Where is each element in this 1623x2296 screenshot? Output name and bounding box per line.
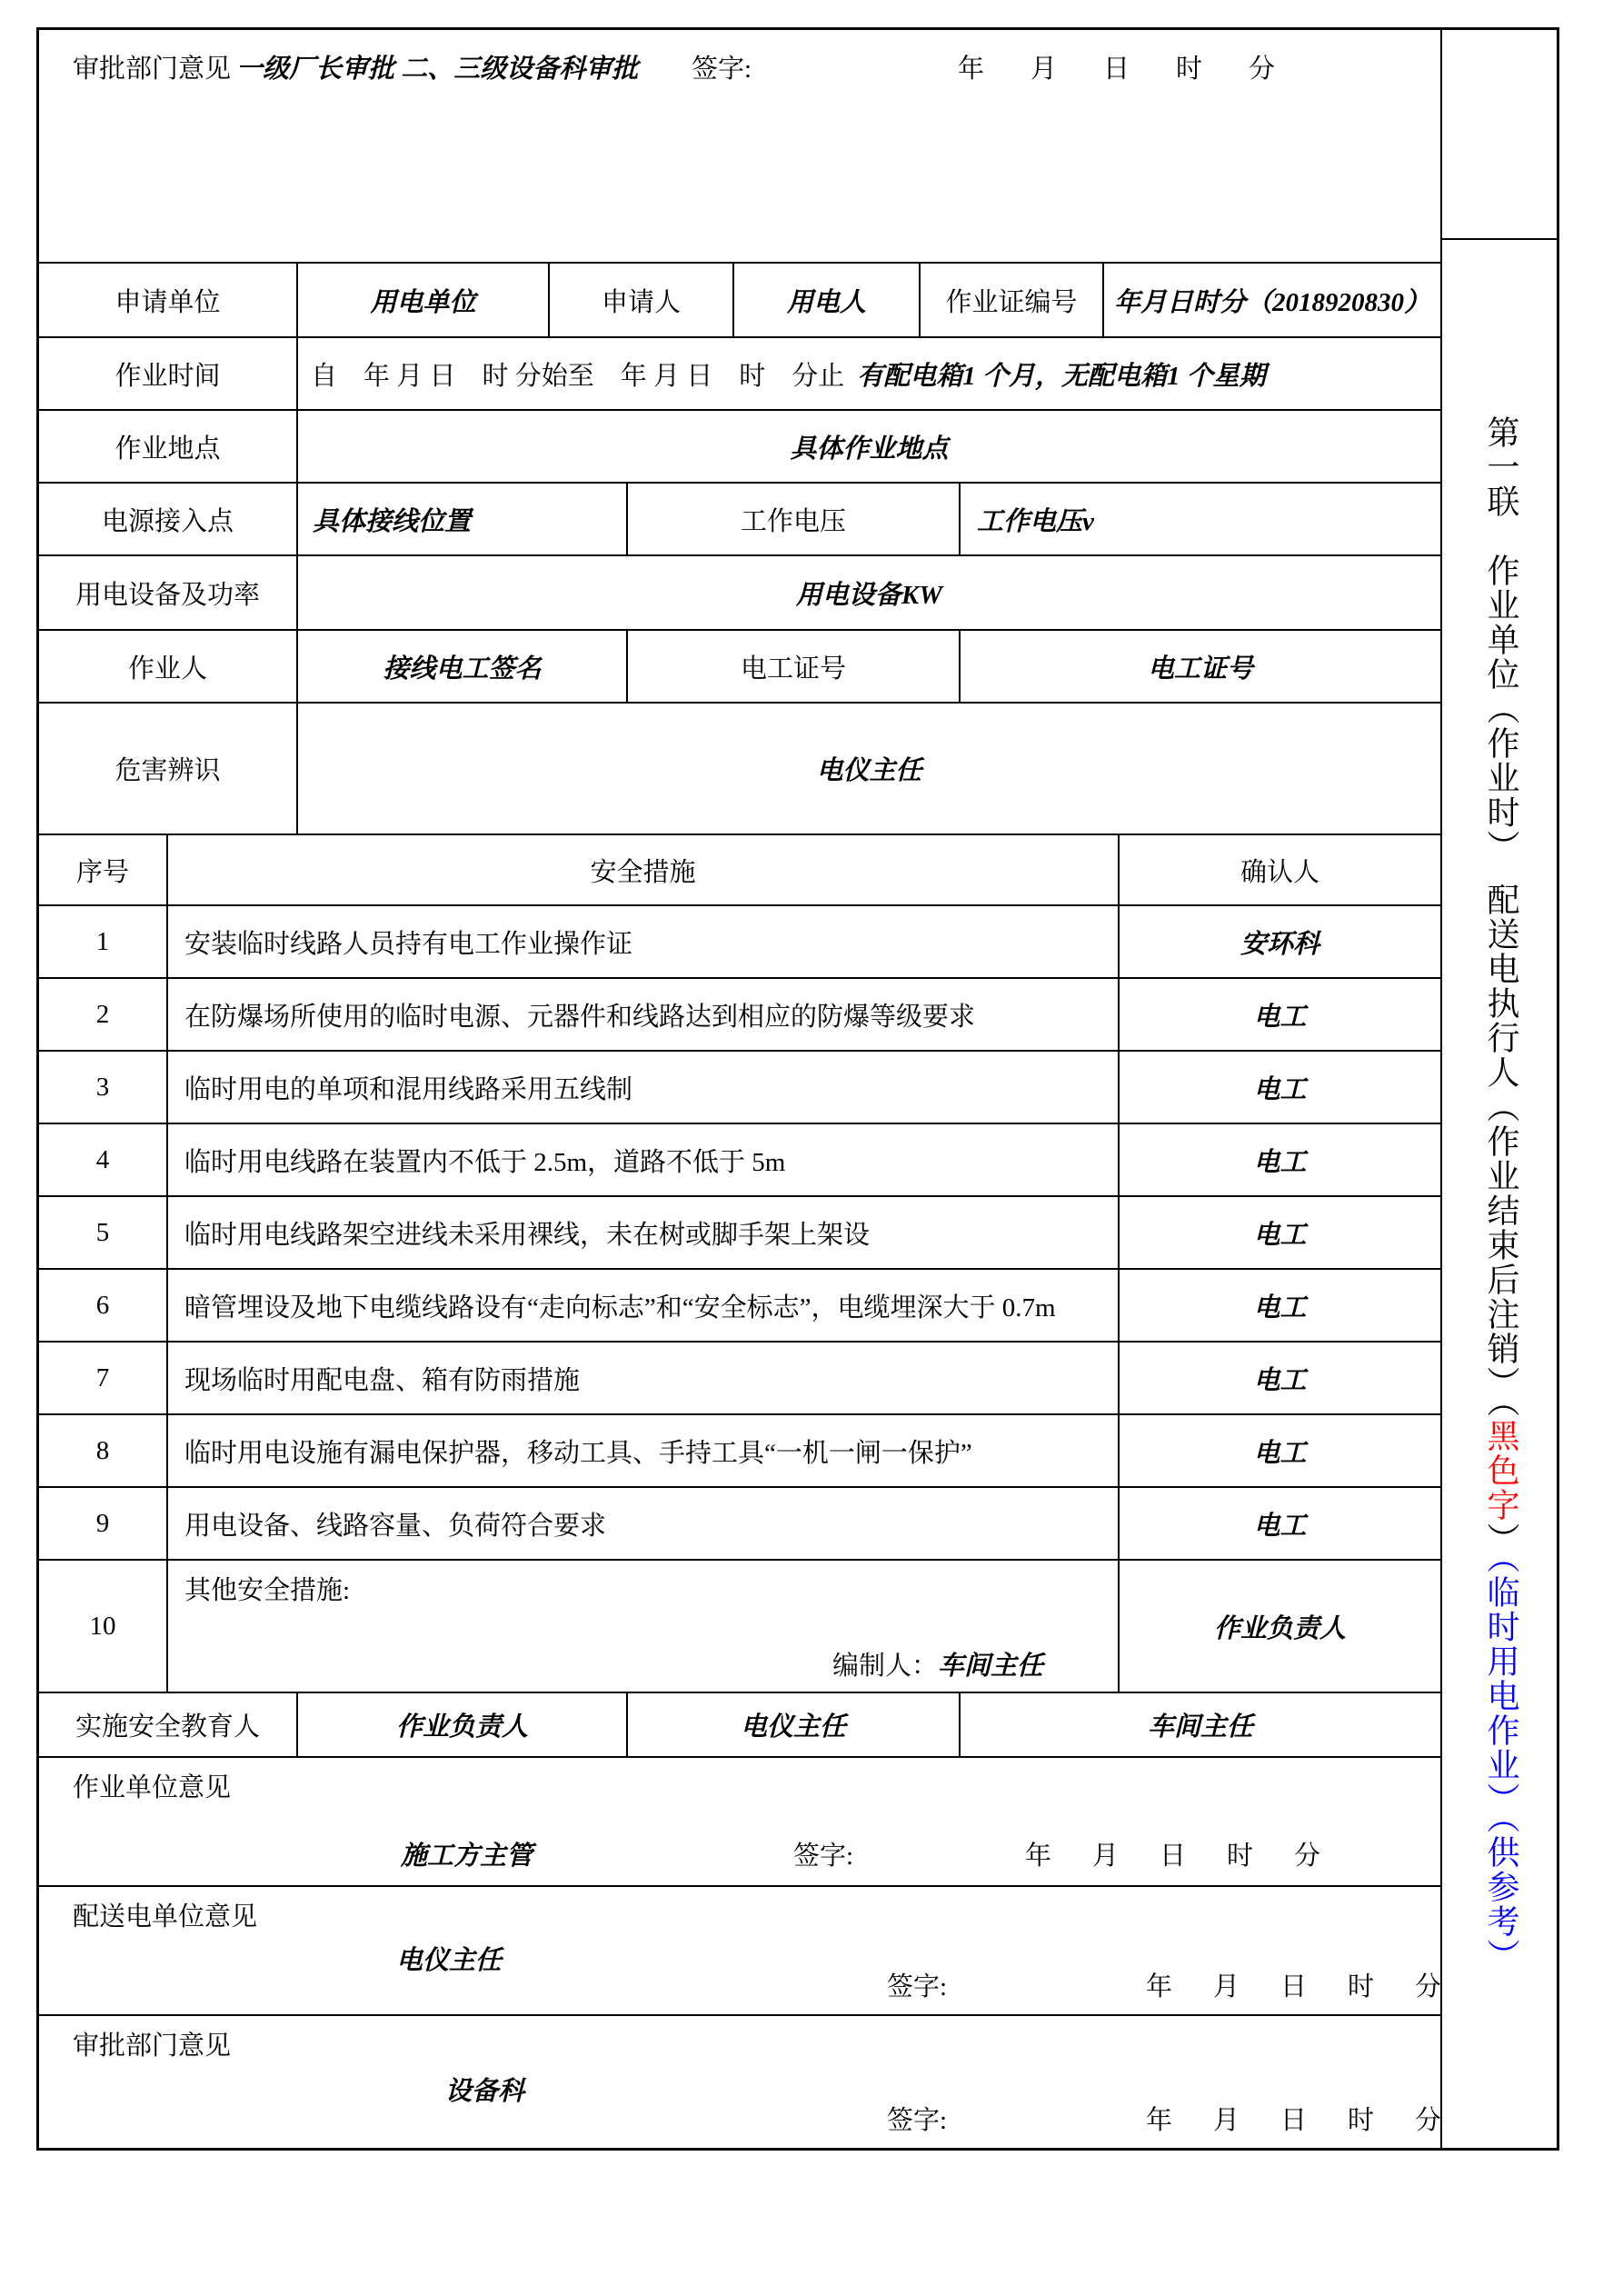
measure-text: 临时用电线路在装置内不低于 2.5m，道路不低于 5m [168,1124,1120,1195]
approval-dept-opinion-section: 审批部门意见 设备科 签字: 年 月 日 时 分 [39,2016,1440,2148]
copy-stub-column: 第一联 作业单位（作业时） 配送电执行人（作业结束后注销）（黑色字）（临时用电作… [1442,30,1557,2148]
measure-confirm: 安环科 [1120,906,1440,977]
top-approval-row: 审批部门意见 一级厂长审批 二、三级设备科审批 签字: 年 月 日 时 分 [39,30,1440,264]
no-header: 序号 [39,835,168,904]
measure-row-6: 6 暗管埋设及地下电缆线路设有“走向标志”和“安全标志”，电缆埋深大于 0.7m… [39,1270,1440,1343]
date-placeholders: 年 月 日 时 分 [1146,1966,1449,2003]
permit-no-label: 作业证编号 [921,264,1104,336]
power-point-row: 电源接入点 具体接线位置 工作电压 工作电压v [39,484,1440,556]
signature-label: 签字: [692,48,752,85]
measures-header-row: 序号 安全措施 确认人 [39,835,1440,906]
measure-text: 用电设备、线路容量、负荷符合要求 [168,1488,1120,1559]
applicant-label: 申请人 [550,264,734,336]
work-place-label: 作业地点 [39,411,298,482]
editor-line: 编制人：车间主任 [832,1645,1043,1682]
confirm-header: 确认人 [1120,835,1440,904]
measure-text: 临时用电线路架空进线未采用裸线，未在树或脚手架上架设 [168,1197,1120,1268]
measure-confirm: 电工 [1120,1415,1440,1486]
hazard-label: 危害辨识 [39,704,298,834]
signature-label: 签字: [793,1835,853,1872]
measure-no: 6 [39,1270,168,1341]
measure-confirm: 电工 [1120,1488,1440,1559]
measure-confirm: 电工 [1120,1343,1440,1413]
measure-no: 8 [39,1415,168,1486]
power-point-value: 具体接线位置 [298,484,628,554]
other-measures-title: 其他安全措施: [184,1570,350,1607]
hazard-row: 危害辨识 电仪主任 [39,704,1440,835]
measure-row-8: 8 临时用电设施有漏电保护器，移动工具、手持工具“一机一闸一保护” 电工 [39,1415,1440,1488]
stub-text-black-1: 第一联 作业单位（作业时） 配送电执行人（作业结束后注销）（ [1483,415,1519,1419]
stub-text-red: 黑色字 [1483,1419,1519,1522]
work-time-label: 作业时间 [39,338,298,409]
date-placeholders: 年 月 日 时 分 [1025,1835,1328,1872]
measure-no: 4 [39,1124,168,1195]
measure-no: 10 [39,1561,168,1692]
date-placeholders: 年 月 日 时 分 [1146,2100,1449,2137]
work-unit-opinion-label: 作业单位意见 [73,1767,231,1804]
measure-text: 临时用电的单项和混用线路采用五线制 [168,1052,1120,1123]
measure-row-7: 7 现场临时用配电盘、箱有防雨措施 电工 [39,1343,1440,1415]
power-unit-opinion-label: 配送电单位意见 [73,1896,257,1933]
measure-text: 安装临时线路人员持有电工作业操作证 [168,906,1120,977]
measure-row-10: 10 其他安全措施: 编制人：车间主任 作业负责人 [39,1561,1440,1693]
work-time-row: 作业时间 自 年 月 日 时 分始至 年 月 日 时 分止 有配电箱1 个月，无… [39,338,1440,411]
equipment-row: 用电设备及功率 用电设备KW [39,556,1440,631]
measure-row-1: 1 安装临时线路人员持有电工作业操作证 安环科 [39,906,1440,979]
measure-text: 现场临时用配电盘、箱有防雨措施 [168,1343,1120,1413]
editor-value: 车间主任 [938,1652,1043,1681]
approval-dept-opinion-label: 审批部门意见 [73,2025,231,2062]
measure-no: 1 [39,906,168,977]
signature-label: 签字: [887,1966,947,2003]
measure-no: 5 [39,1197,168,1268]
applicant-value: 用电人 [734,264,921,336]
cert-label: 电工证号 [628,631,961,702]
work-time-cell: 自 年 月 日 时 分始至 年 月 日 时 分止 有配电箱1 个月，无配电箱1 … [298,338,1440,409]
measure-row-4: 4 临时用电线路在装置内不低于 2.5m，道路不低于 5m 电工 [39,1124,1440,1197]
measure-text: 在防爆场所使用的临时电源、元器件和线路达到相应的防爆等级要求 [168,979,1120,1050]
apply-unit-row: 申请单位 用电单位 申请人 用电人 作业证编号 年月日时分（2018920830… [39,264,1440,338]
education-person-3: 车间主任 [961,1693,1440,1756]
work-place-row: 作业地点 具体作业地点 [39,411,1440,484]
apply-unit-value: 用电单位 [298,264,550,336]
measure-text: 暗管埋设及地下电缆线路设有“走向标志”和“安全标志”，电缆埋深大于 0.7m [168,1270,1120,1341]
voltage-value: 工作电压v [961,484,1440,554]
measure-confirm: 电工 [1120,1197,1440,1268]
education-person-2: 电仪主任 [628,1693,961,1756]
other-measures-cell: 其他安全措施: 编制人：车间主任 [168,1561,1120,1692]
measure-row-9: 9 用电设备、线路容量、负荷符合要求 电工 [39,1488,1440,1561]
measure-confirm: 作业负责人 [1120,1561,1440,1692]
stub-text-blue: （临时用电作业）（供参考） [1483,1557,1519,1973]
measure-confirm: 电工 [1120,1052,1440,1123]
stub-vertical-text: 第一联 作业单位（作业时） 配送电执行人（作业结束后注销）（黑色字）（临时用电作… [1442,240,1557,2148]
editor-label: 编制人： [832,1652,938,1681]
approval-dept-label: 审批部门意见 [73,48,231,85]
power-point-label: 电源接入点 [39,484,298,554]
equipment-value: 用电设备KW [298,556,1440,629]
safety-education-label: 实施安全教育人 [39,1693,298,1756]
equipment-label: 用电设备及功率 [39,556,298,629]
apply-unit-label: 申请单位 [39,264,298,336]
signature-label: 签字: [887,2100,947,2137]
worker-row: 作业人 接线电工签名 电工证号 电工证号 [39,631,1440,704]
hazard-value: 电仪主任 [298,704,1440,834]
measure-no: 3 [39,1052,168,1123]
measure-text: 临时用电设施有漏电保护器，移动工具、手持工具“一机一闸一保护” [168,1415,1120,1486]
power-unit-signer: 电仪主任 [396,1940,502,1977]
permit-no-value: 年月日时分（2018920830） [1104,264,1440,336]
approval-level-note: 一级厂长审批 二、三级设备科审批 [236,48,638,85]
measure-row-2: 2 在防爆场所使用的临时电源、元器件和线路达到相应的防爆等级要求 电工 [39,979,1440,1052]
stub-empty-cell [1442,30,1557,240]
measure-confirm: 电工 [1120,1270,1440,1341]
work-time-value: 有配电箱1 个月，无配电箱1 个星期 [857,355,1266,393]
measure-confirm: 电工 [1120,1124,1440,1195]
form-main-area: 审批部门意见 一级厂长审批 二、三级设备科审批 签字: 年 月 日 时 分 申请… [39,30,1442,2148]
work-unit-opinion-section: 作业单位意见 施工方主管 签字: 年 月 日 时 分 [39,1758,1440,1887]
date-placeholders: 年 月 日 时 分 [958,48,1285,85]
cert-value: 电工证号 [961,631,1440,702]
measure-row-3: 3 临时用电的单项和混用线路采用五线制 电工 [39,1052,1440,1124]
measure-header: 安全措施 [168,835,1120,904]
worker-value: 接线电工签名 [298,631,628,702]
measure-no: 2 [39,979,168,1050]
measure-row-5: 5 临时用电线路架空进线未采用裸线，未在树或脚手架上架设 电工 [39,1197,1440,1270]
work-unit-signer: 施工方主管 [401,1835,533,1872]
stub-text-black-2: ） [1483,1522,1519,1557]
power-unit-opinion-section: 配送电单位意见 电仪主任 签字: 年 月 日 时 分 [39,1887,1440,2016]
temporary-electricity-permit-form: 审批部门意见 一级厂长审批 二、三级设备科审批 签字: 年 月 日 时 分 申请… [0,0,1623,2296]
work-time-prefix: 自 年 月 日 时 分始至 年 月 日 时 分止 [311,355,844,393]
measure-no: 7 [39,1343,168,1413]
work-place-value: 具体作业地点 [298,411,1440,482]
worker-label: 作业人 [39,631,298,702]
measure-no: 9 [39,1488,168,1559]
approval-signer: 设备科 [445,2071,524,2108]
education-person-1: 作业负责人 [298,1693,628,1756]
measure-confirm: 电工 [1120,979,1440,1050]
permit-table: 审批部门意见 一级厂长审批 二、三级设备科审批 签字: 年 月 日 时 分 申请… [36,27,1559,2151]
voltage-label: 工作电压 [628,484,961,554]
safety-education-row: 实施安全教育人 作业负责人 电仪主任 车间主任 [39,1693,1440,1758]
